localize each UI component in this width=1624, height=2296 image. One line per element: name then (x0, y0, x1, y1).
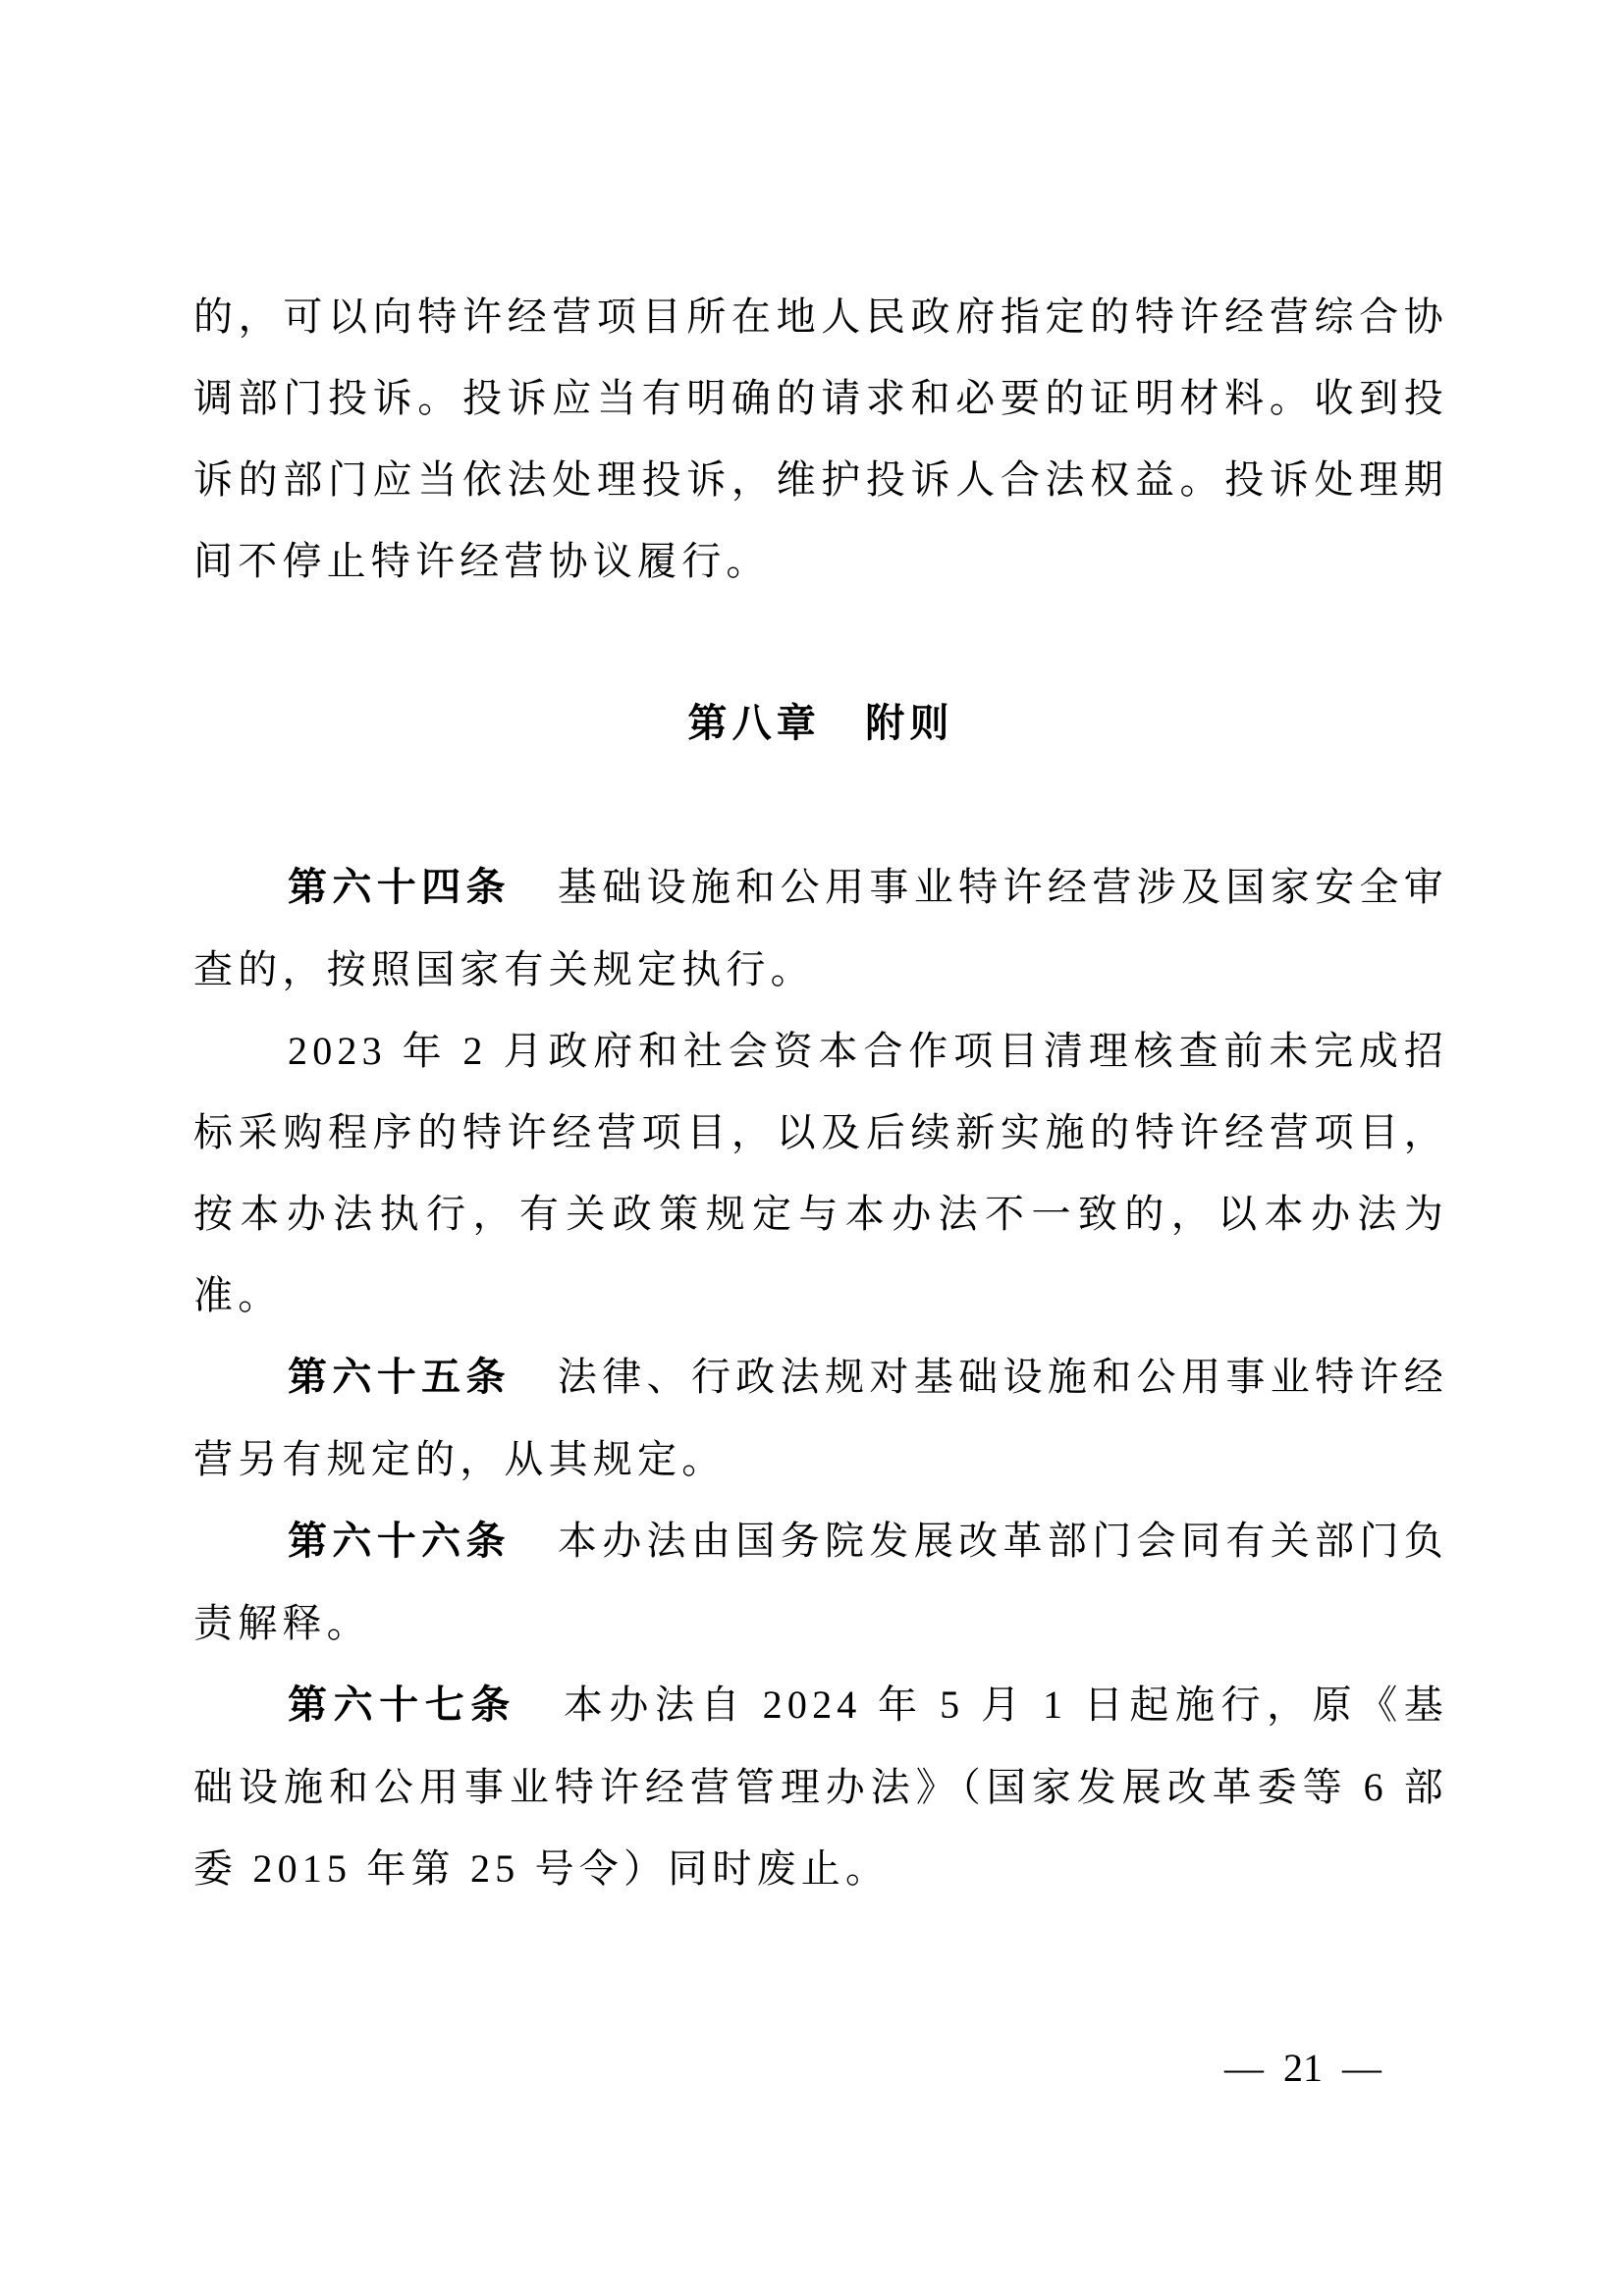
article-64-label: 第六十四条 (288, 866, 511, 909)
article-66-paragraph: 第六十六条本办法由国务院发展改革部门会同有关部门负责解释。 (193, 1500, 1448, 1664)
document-body: 的，可以向特许经营项目所在地人民政府指定的特许经营综合协调部门投诉。投诉应当有明… (193, 276, 1448, 1909)
article-66-label: 第六十六条 (288, 1520, 511, 1563)
article-67-paragraph: 第六十七条本办法自 2024 年 5 月 1 日起施行，原《基础设施和公用事业特… (193, 1664, 1448, 1909)
article-65-label: 第六十五条 (288, 1356, 511, 1399)
article-64-paragraph: 第六十四条基础设施和公用事业特许经营涉及国家安全审查的，按照国家有关规定执行。 (193, 846, 1448, 1010)
page-number: 21 (1283, 2046, 1323, 2091)
footer-dash-left: — (1224, 2046, 1264, 2091)
paragraph-continuation: 的，可以向特许经营项目所在地人民政府指定的特许经营综合协调部门投诉。投诉应当有明… (193, 276, 1448, 602)
article-65-paragraph: 第六十五条法律、行政法规对基础设施和公用事业特许经营另有规定的，从其规定。 (193, 1336, 1448, 1500)
document-page: 的，可以向特许经营项目所在地人民政府指定的特许经营综合协调部门投诉。投诉应当有明… (0, 0, 1624, 2296)
footer-dash-right: — (1342, 2046, 1381, 2091)
article-67-label: 第六十七条 (288, 1683, 516, 1727)
chapter-heading: 第八章 附则 (193, 683, 1448, 765)
page-footer: — 21 — (1224, 2046, 1381, 2091)
transition-paragraph-2023: 2023 年 2 月政府和社会资本合作项目清理核查前未完成招标采购程序的特许经营… (193, 1010, 1448, 1336)
